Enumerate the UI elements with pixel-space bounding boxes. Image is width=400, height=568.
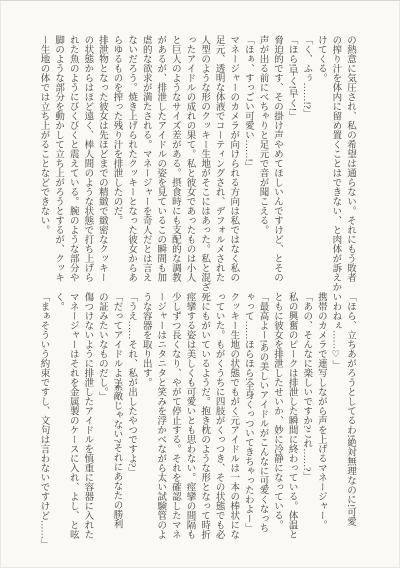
text-line: うな容器を取り出す。 xyxy=(138,292,153,550)
text-line: 足元、透明な体液でコーティングされ、デフォルメされた xyxy=(211,35,226,293)
text-line: 脚のような部分を動かして立ち上がろうとするが、クッキ xyxy=(51,35,66,293)
text-line: 少しずつ長くなり、やがて停止する。それを確認したマネ xyxy=(167,292,182,550)
novel-page: の熱意に気圧され、私の希望は通らない。それにもう敗者の搾り汁を体内に留め置くこと… xyxy=(0,0,400,568)
text-line: ないだろう。焼き上げられたクッキーとなった彼女からあ xyxy=(124,35,139,293)
text-line: いわねぇ……♡」 xyxy=(328,292,343,550)
text-line: の熱意に気圧され、私の希望は通らない。それにもう敗者 xyxy=(342,35,357,293)
text-line: と巨人のようなサイズ差がある。摂食時にも支配的な調教 xyxy=(167,35,182,293)
text-line: 「最高よー!あの美しいアイドルがこんなに可愛くなっち xyxy=(255,292,270,550)
text-line: 声が出る前にべちゃりと足元で音が聞こえる。 xyxy=(255,35,270,293)
text-line: けてくる。 xyxy=(313,35,328,293)
text-line: の搾り汁を体内に留め置くことはできない、と肉体が訴えか xyxy=(328,35,343,293)
text-line: の証みたいなものだし。」 xyxy=(94,292,109,550)
scan-edge xyxy=(0,0,400,1)
text-line: 排泄物となった彼女は先ほどまでの精緻で緻密なクッキー xyxy=(94,35,109,293)
text-line: ー生地の体では立ち上がることなどできない。 xyxy=(36,35,51,293)
text-line: らゆるものを搾った残り汁を排泄したのだ。 xyxy=(109,35,124,293)
text-line: マネージャーのカメラが向けられる方向は私ではなく私の xyxy=(226,35,241,293)
text-line: ったアイドルの成れの果て。私と彼女であったものは小人 xyxy=(182,35,197,293)
text-line: 虐的な欲求が満たされる。マネージャーを奇人だとは言え xyxy=(138,35,153,293)
text-line: ともに彼女を排泄したせいか、妙に冷静になっている。 xyxy=(269,292,284,550)
text-line: 人型のような形のクッキー生地がそこにはあった。私と混ざ xyxy=(196,35,211,293)
text-line: ゃって……ほらほら!全身くっついてきちゃったわよー」 xyxy=(240,292,255,550)
text-line: れた魚のようにびくびくと震えている。腕のような部分や xyxy=(65,35,80,293)
text-line: 「く、ふぅ……!?」 xyxy=(299,35,314,293)
text-line: 「うえ……それ、私が出したやつですよ?」 xyxy=(124,292,139,550)
text-line: があるが、排泄したアイドルの姿を見ているこの瞬間も加 xyxy=(153,35,168,293)
text-line: の状態からはほど遠く、棒人間のような状態で打ち上げら xyxy=(80,35,95,293)
text-line: 携帯のカメラで連写しながら声を上げるマネージャー。 xyxy=(313,292,328,550)
text-line: 「だってアイドルよ?素敵じゃない?それにあなたの勝利 xyxy=(109,292,124,550)
text-line: 脅迫的です、その掛け声やめてほしいんですけど、とその xyxy=(269,35,284,293)
text-line: っていた。もがくうちに四肢がくっつき、その状態でも必 xyxy=(211,292,226,550)
text-line: マネージャーはそれを金属製のケースに入れ、よし、と呟 xyxy=(65,292,80,550)
text-tier-top: の熱意に気圧され、私の希望は通らない。それにもう敗者の搾り汁を体内に留め置くこと… xyxy=(36,35,357,293)
text-line: 「まぁそういう約束ですし、文句は言わないですけど……」 xyxy=(36,292,51,550)
text-line: 私の興奮のピークは排泄した瞬間に終わっている。体温と xyxy=(284,292,299,550)
text-line: 「あの、そんなに楽しいですか?これ……?」 xyxy=(299,292,314,550)
text-line: 傷つけないように排泄したアイドルを慎重に容器に入れた xyxy=(80,292,95,550)
text-line: ージャーはニタニタと笑みを浮かべながら太い試験管のよ xyxy=(153,292,168,550)
text-line: 「ほぁ、すっごい可愛い……!」 xyxy=(240,35,255,293)
text-line: く。 xyxy=(51,292,66,550)
text-line: クッキー生地の状態でもがく元アイドルは一本の棒状にな xyxy=(226,292,241,550)
text-tier-bottom: 「ほら、立ちあがろうとしてるわ!絶対無理なのに!可愛いわねぇ……♡」携帯のカメラ… xyxy=(36,292,357,550)
text-line: 痙攣する姿は美しくも可愛いとも思わない。痙攣の間隔も xyxy=(182,292,197,550)
text-line: 「ほら!早く!早く!」 xyxy=(284,35,299,293)
text-line: 「ほら、立ちあがろうとしてるわ!絶対無理なのに!可愛 xyxy=(342,292,357,550)
text-line: 死にもがいているようだ。抱き枕のような形となって時折 xyxy=(196,292,211,550)
